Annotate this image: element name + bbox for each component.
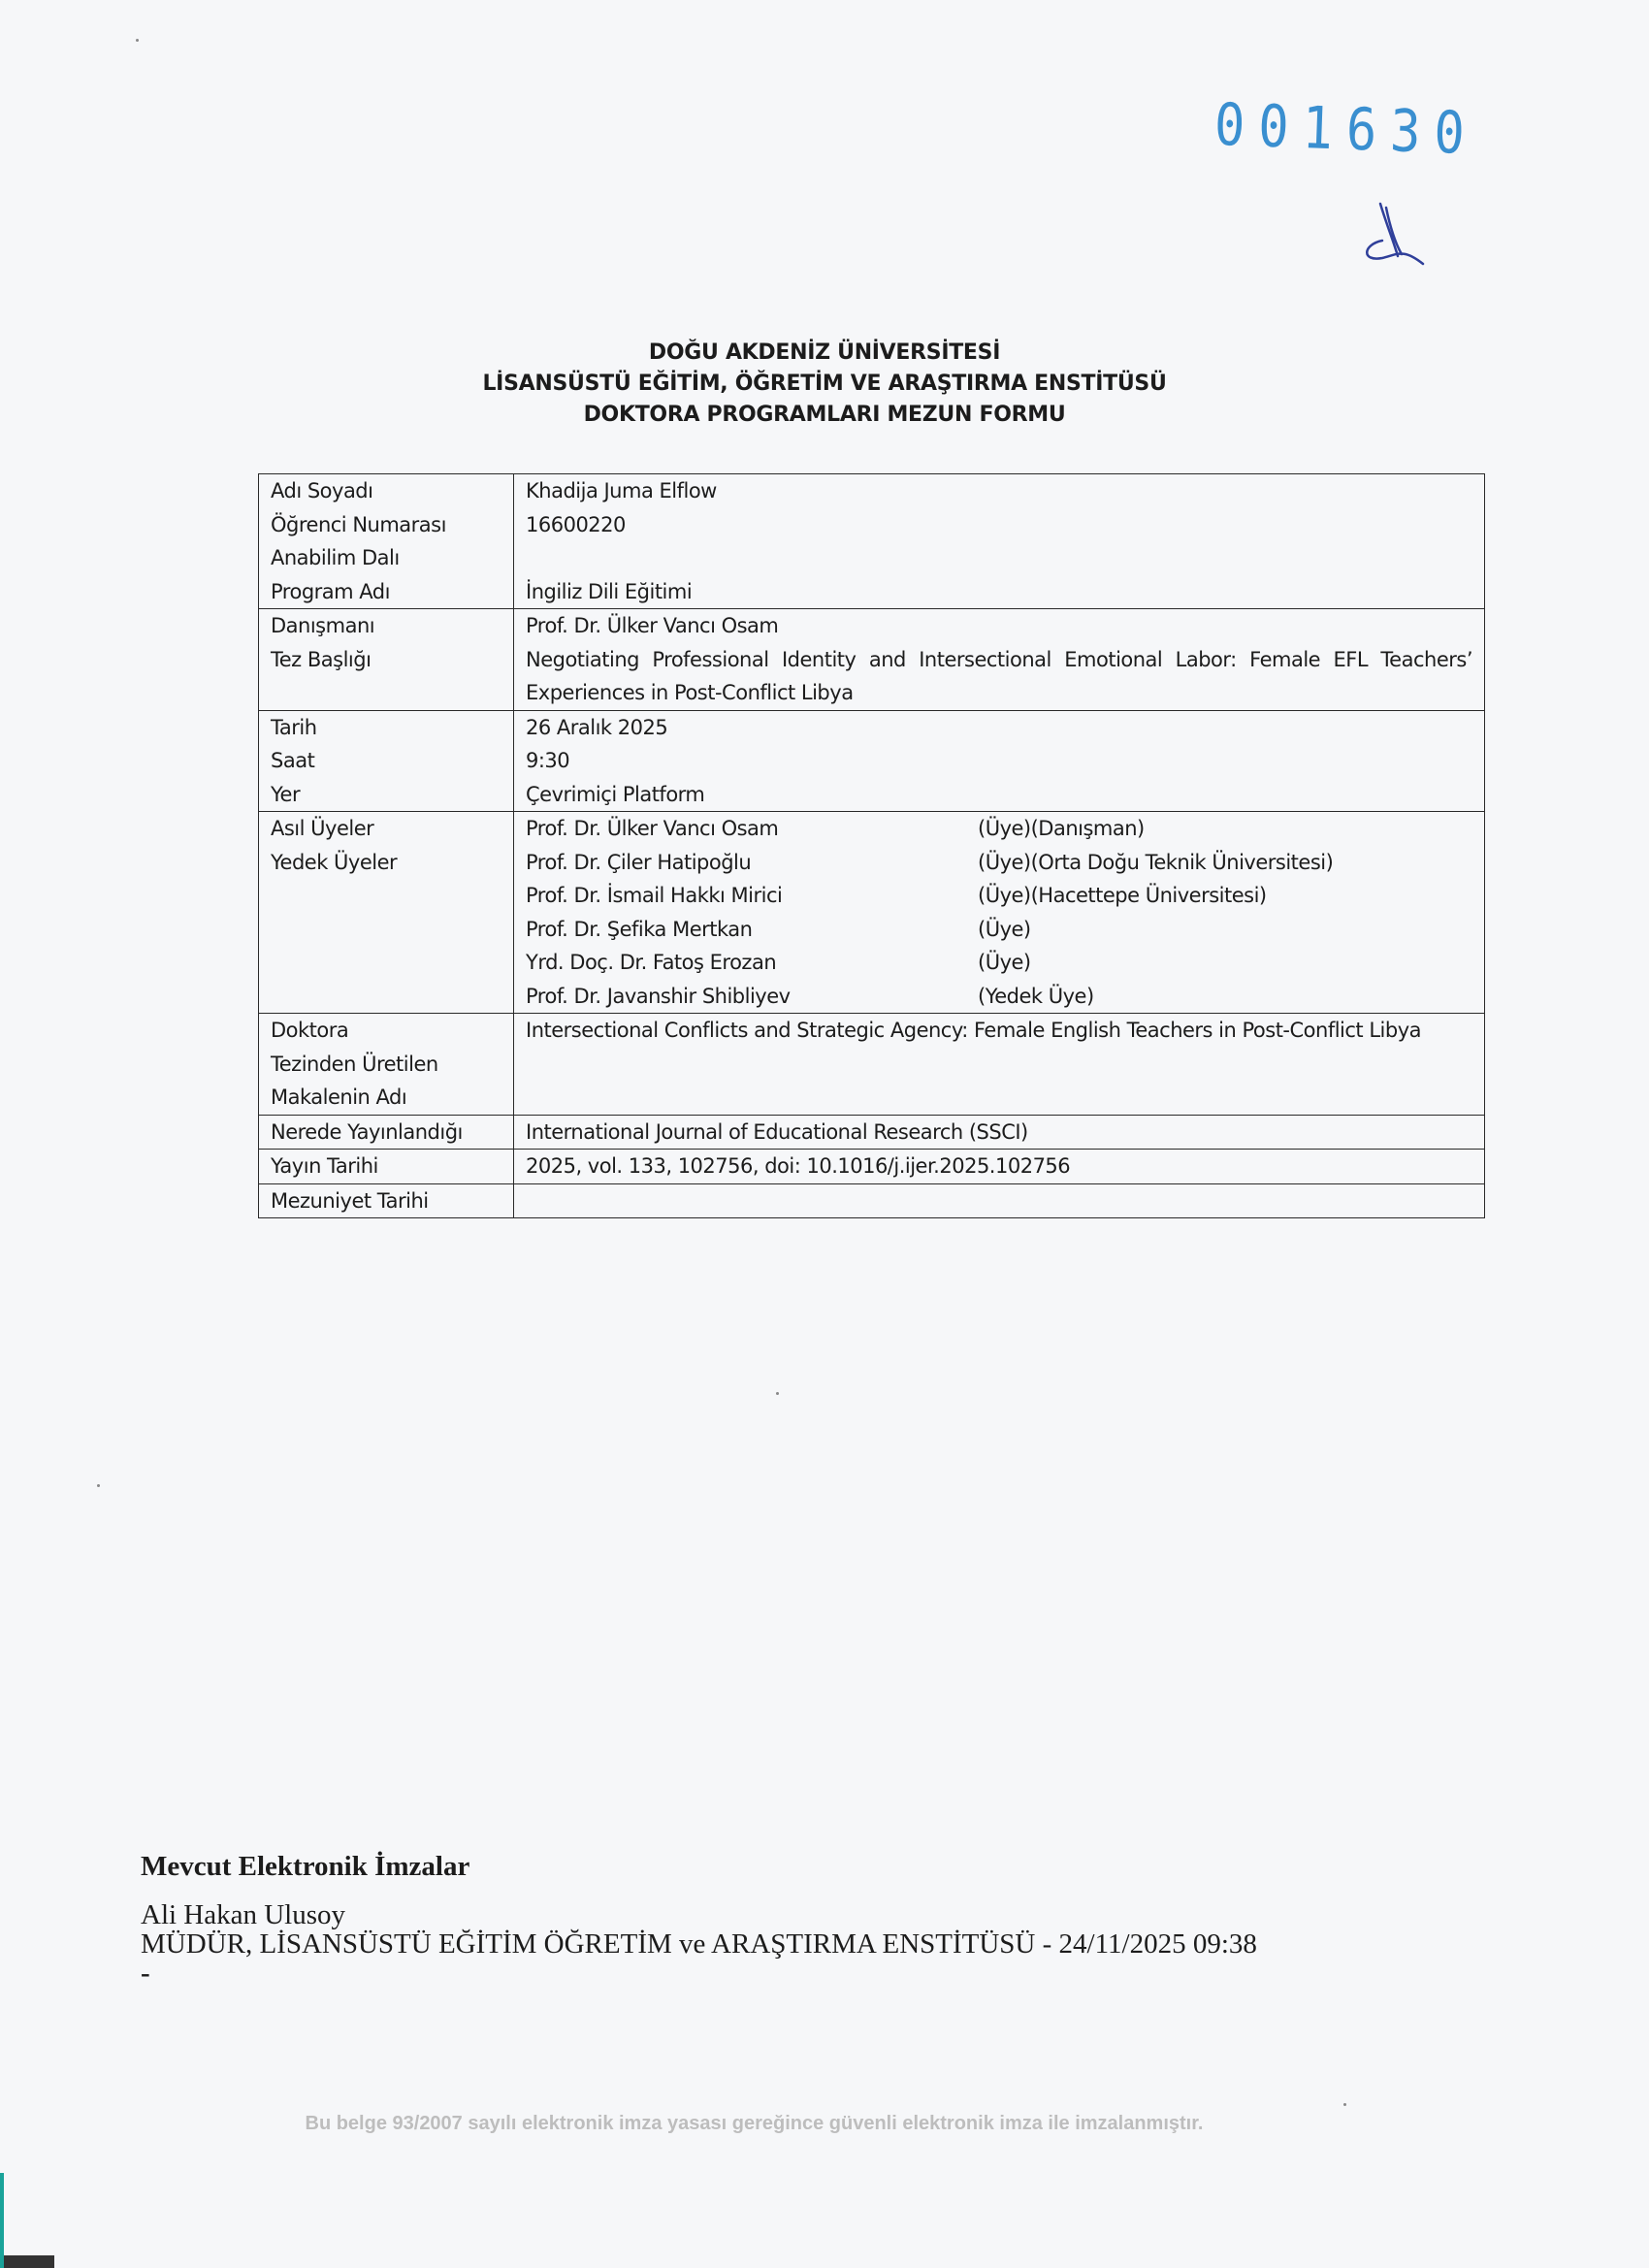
label-program: Program Adı	[271, 575, 501, 609]
committee-member-role: (Yedek Üye)	[978, 980, 1472, 1014]
scan-speck	[1343, 2103, 1346, 2106]
table-row-article: Doktora Tezinden Üretilen Makalenin Adı …	[259, 1014, 1485, 1116]
thesis-title: Negotiating Professional Identity and In…	[526, 643, 1472, 710]
graduation-date-value	[526, 1184, 1472, 1218]
article-title: Intersectional Conflicts and Strategic A…	[526, 1014, 1472, 1048]
committee-member-name: Yrd. Doç. Dr. Fatoş Erozan	[526, 946, 978, 980]
defense-time: 9:30	[526, 744, 1472, 778]
e-signature-notice: Bu belge 93/2007 sayılı elektronik imza …	[0, 2113, 1508, 2135]
label-department: Anabilim Dalı	[271, 541, 501, 575]
label-published-where: Nerede Yayınlandığı	[271, 1116, 501, 1150]
committee-member-name: Prof. Dr. Ülker Vancı Osam	[526, 812, 978, 846]
scan-speck	[97, 1484, 100, 1487]
label-place: Yer	[271, 778, 501, 812]
publication-details: 2025, vol. 133, 102756, doi: 10.1016/j.i…	[526, 1150, 1472, 1183]
department-value	[526, 541, 1472, 575]
label-substitute-members: Yedek Üyeler	[271, 846, 501, 880]
scan-edge-artifact	[0, 2173, 4, 2268]
label-student-number: Öğrenci Numarası	[271, 508, 501, 542]
label-time: Saat	[271, 744, 501, 778]
committee-member-name: Prof. Dr. İsmail Hakkı Mirici	[526, 879, 978, 913]
defense-date: 26 Aralık 2025	[526, 711, 1472, 745]
scan-corner-artifact	[4, 2255, 54, 2268]
table-row-published-where: Nerede Yayınlandığı International Journa…	[259, 1115, 1485, 1150]
signer-role: MÜDÜR, LİSANSÜSTÜ EĞİTİM ÖĞRETİM ve ARAŞ…	[141, 1929, 1257, 1959]
committee-member-role: (Üye)	[978, 946, 1472, 980]
signer-name: Ali Hakan Ulusoy	[141, 1900, 1257, 1929]
signature-separator: -	[141, 1959, 1257, 1988]
table-row-student: Adı Soyadı Öğrenci Numarası Anabilim Dal…	[259, 474, 1485, 609]
label-article-3: Makalenin Adı	[271, 1081, 501, 1115]
journal-name: International Journal of Educational Res…	[526, 1116, 1472, 1150]
institute-name: LİSANSÜSTÜ EĞİTİM, ÖĞRETİM VE ARAŞTIRMA …	[0, 369, 1649, 400]
student-name: Khadija Juma Elflow	[526, 474, 1472, 508]
student-number: 16600220	[526, 508, 1472, 542]
committee-member-list: Prof. Dr. Ülker Vancı Osam(Üye)(Danışman…	[526, 812, 1472, 1013]
label-date: Tarih	[271, 711, 501, 745]
table-row-published-date: Yayın Tarihi 2025, vol. 133, 102756, doi…	[259, 1150, 1485, 1184]
student-values: Khadija Juma Elflow 16600220 İngiliz Dil…	[514, 474, 1485, 609]
handwritten-initial-signature-icon	[1353, 194, 1431, 272]
table-row-graduation-date: Mezuniyet Tarihi	[259, 1183, 1485, 1218]
program-name: İngiliz Dili Eğitimi	[526, 575, 1472, 609]
university-name: DOĞU AKDENİZ ÜNİVERSİTESİ	[0, 338, 1649, 369]
form-title: DOKTORA PROGRAMLARI MEZUN FORMU	[0, 400, 1649, 431]
committee-member-role: (Üye)	[978, 913, 1472, 947]
signatures-title: Mevcut Elektronik İmzalar	[141, 1851, 1257, 1883]
document-number-stamp: 001630	[1213, 92, 1479, 168]
document-header: DOĞU AKDENİZ ÜNİVERSİTESİ LİSANSÜSTÜ EĞİ…	[0, 338, 1649, 431]
table-row-committee: Asıl Üyeler Yedek Üyeler Prof. Dr. Ülker…	[259, 812, 1485, 1014]
committee-member-role: (Üye)(Hacettepe Üniversitesi)	[978, 879, 1472, 913]
label-advisor: Danışmanı	[271, 609, 501, 643]
graduate-form-table: Adı Soyadı Öğrenci Numarası Anabilim Dal…	[258, 473, 1485, 1218]
table-row-thesis: Danışmanı Tez Başlığı Prof. Dr. Ülker Va…	[259, 609, 1485, 711]
scan-speck	[776, 1392, 779, 1395]
student-labels: Adı Soyadı Öğrenci Numarası Anabilim Dal…	[259, 474, 514, 609]
label-article-1: Doktora	[271, 1014, 501, 1048]
label-name: Adı Soyadı	[271, 474, 501, 508]
table-row-defense: Tarih Saat Yer 26 Aralık 2025 9:30 Çevri…	[259, 710, 1485, 812]
label-thesis-title: Tez Başlığı	[271, 643, 501, 677]
committee-member-role: (Üye)(Orta Doğu Teknik Üniversitesi)	[978, 846, 1472, 880]
committee-member-name: Prof. Dr. Şefika Mertkan	[526, 913, 978, 947]
label-article-2: Tezinden Üretilen	[271, 1048, 501, 1082]
advisor-name: Prof. Dr. Ülker Vancı Osam	[526, 609, 1472, 643]
label-main-members: Asıl Üyeler	[271, 812, 501, 846]
scan-speck	[136, 39, 139, 42]
committee-member-role: (Üye)(Danışman)	[978, 812, 1472, 846]
committee-member-name: Prof. Dr. Çiler Hatipoğlu	[526, 846, 978, 880]
defense-place: Çevrimiçi Platform	[526, 778, 1472, 812]
label-published-date: Yayın Tarihi	[271, 1150, 501, 1183]
committee-member-name: Prof. Dr. Javanshir Shibliyev	[526, 980, 978, 1014]
label-graduation-date: Mezuniyet Tarihi	[271, 1184, 501, 1218]
electronic-signatures: Mevcut Elektronik İmzalar Ali Hakan Ulus…	[141, 1851, 1257, 1988]
